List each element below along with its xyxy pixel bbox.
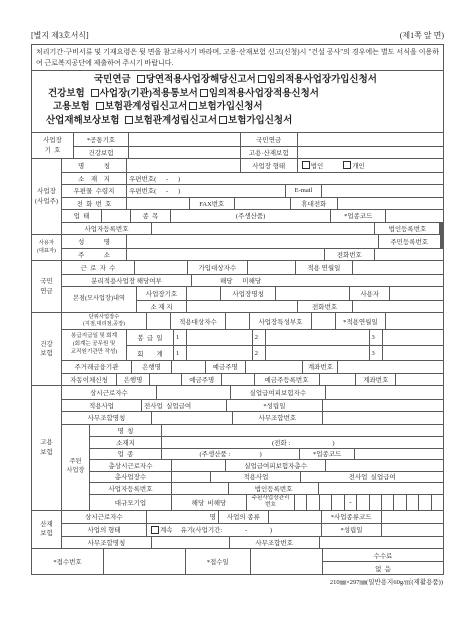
hi-autopay-bank-label: 은행명 bbox=[117, 374, 150, 386]
form-body: 국민연금당연적용사업장해당신고서임의적용사업장가입신청서 건강보험사업장(기관)… bbox=[31, 70, 444, 575]
hi-pay-n1: 1 bbox=[174, 330, 187, 345]
ia-continuous-label: 계속 bbox=[160, 525, 173, 534]
phone-field bbox=[127, 198, 190, 210]
title-option: 보험가입신청서 bbox=[228, 116, 292, 126]
hi-autopay-acct-label: 계좌번호 bbox=[356, 374, 396, 386]
hi-account-field2 bbox=[266, 346, 370, 360]
ei-total-workers-field bbox=[172, 460, 226, 471]
owner-address-field bbox=[127, 249, 325, 261]
workplace-name-field bbox=[127, 159, 241, 172]
hi-bank-name-label: 은행명 bbox=[132, 361, 172, 373]
checkbox-np-option1-icon[interactable] bbox=[137, 75, 145, 83]
hi-units-field bbox=[147, 313, 171, 329]
rrn-label: 주민등록번호 bbox=[379, 235, 441, 248]
digit-box bbox=[393, 495, 405, 510]
hi-code-field bbox=[129, 147, 241, 159]
hi-apply-date-field bbox=[386, 313, 443, 329]
corp-reg-digit-boxes bbox=[440, 223, 443, 235]
ei-total-wp-label: 총사업장수 bbox=[90, 472, 172, 483]
industry-code-label: *업종코드 bbox=[331, 210, 386, 222]
ei-apply-biz2-label: 적용사업 bbox=[211, 472, 301, 483]
ei-total-wp-field bbox=[172, 472, 211, 483]
np-hq-name-field bbox=[276, 287, 350, 300]
section-workplace-code: 사업장 기 호 *공통기호 국민연금 건강보험 고용·산재보험 bbox=[32, 132, 443, 158]
corp-reg-no-label: 법인등록번호 bbox=[375, 223, 440, 235]
ei-assoc-no-field bbox=[323, 412, 443, 424]
ei-large-corp-label: 대규모기업 bbox=[90, 495, 172, 510]
ia-workers-unit: 명 bbox=[147, 511, 219, 524]
hi-pay-field1 bbox=[187, 330, 253, 345]
ia-biz-kind-field bbox=[269, 511, 322, 524]
ei-establish-label: *성립일 bbox=[227, 400, 323, 412]
title-option: 당연적용사업장해당신고서 bbox=[146, 75, 256, 85]
hi-char-code-label: 사업장특성부호 bbox=[250, 313, 312, 329]
hi-holder-reg-field bbox=[320, 374, 357, 386]
biz-reg-no-field bbox=[152, 223, 375, 235]
receipt-date-label: *접수일 bbox=[186, 549, 251, 574]
section-industrial-accident: 산재 보험 상시근로자수 명 사업의 종류 *사업종류코드 사업의 형태 계속 … bbox=[32, 510, 443, 549]
fee-label: 수수료 bbox=[323, 549, 443, 561]
hi-account-field1 bbox=[187, 346, 253, 360]
title-line-industrial-accident: 산업재해보상보험보험관계성립신고서보험가입신청서 bbox=[32, 115, 443, 129]
title-option: 임의적용사업장적용신청서 bbox=[209, 89, 319, 99]
checkbox-corporate-icon[interactable] bbox=[302, 161, 310, 169]
agency-label: 건강보험 bbox=[48, 89, 85, 99]
title-line-health-insurance: 건강보험사업장(기관)적용통보서임의적용사업장적용신청서 bbox=[32, 88, 443, 102]
ei-establish-field bbox=[323, 400, 443, 412]
receipt-date-field bbox=[251, 549, 323, 574]
digit-box bbox=[331, 495, 343, 510]
ia-assoc-no-label: 사무조합번호 bbox=[230, 537, 320, 549]
ei-biz-reg-field bbox=[172, 483, 229, 494]
title-line-national-pension: 국민연금당연적용사업장해당신고서임의적용사업장가입신청서 bbox=[32, 74, 443, 88]
ia-biz-kind-label: 사업의 종류 bbox=[219, 511, 269, 524]
fax-field bbox=[235, 198, 291, 210]
receipt-row: *접수번호 *접수일 수수료 없 음 bbox=[32, 548, 443, 574]
paper-size-note: 210㎜×297㎜(일반용지60g/㎡(재활용품)) bbox=[31, 577, 444, 586]
checkbox-hi-option2-icon[interactable] bbox=[200, 89, 208, 97]
checkbox-ia-option2-icon[interactable] bbox=[219, 116, 227, 124]
email-label: E-mail bbox=[286, 185, 322, 197]
checkbox-ei-option2-icon[interactable] bbox=[189, 102, 197, 110]
np-hq-user-field bbox=[390, 287, 443, 300]
ia-assoc-name-field bbox=[152, 537, 230, 549]
hi-pay-field2 bbox=[266, 330, 370, 345]
digit-box bbox=[295, 495, 306, 510]
title-option: 보험관계성립신고서 bbox=[134, 116, 217, 126]
fax-label: FAX번호 bbox=[190, 198, 235, 210]
np-headquarters-group: 본점(모사업장)내역 사업장기호 사업장명칭 사용자 소 재 지 bbox=[62, 286, 443, 312]
email-field bbox=[322, 185, 443, 197]
hi-account-no-label: 계좌번호 bbox=[303, 361, 338, 373]
hi-pay-field3 bbox=[383, 330, 443, 345]
title-option: 보험가입신청서 bbox=[198, 102, 262, 112]
agency-label: 산업재해보상보험 bbox=[46, 116, 119, 126]
np-code-label: 국민연금 bbox=[241, 133, 298, 146]
digit-hyphen: - bbox=[344, 495, 356, 510]
digit-box bbox=[406, 495, 418, 510]
checkbox-hi-option1-icon[interactable] bbox=[91, 89, 99, 97]
phone-label: 전 화 번 호 bbox=[62, 198, 127, 210]
ei-main-address-field: (전화 : ) bbox=[162, 437, 443, 448]
ei-assoc-no-label: 사무조합번호 bbox=[233, 412, 323, 424]
np-separate-label: 분리적용사업장 해당여부 bbox=[62, 275, 192, 287]
main-product-label: (주생산품) bbox=[171, 210, 331, 222]
checkbox-ei-option1-icon[interactable] bbox=[96, 102, 104, 110]
hi-account-field3 bbox=[383, 346, 443, 360]
np-workers-field bbox=[135, 261, 188, 274]
biz-item-label: 종 목 bbox=[131, 210, 171, 222]
ei-total-insured-label: 실업급여피보험자총수 bbox=[226, 460, 326, 471]
ei-total-workers-label: 총상시근로자수 bbox=[90, 460, 172, 471]
ei-main-industry-label: 업 종 bbox=[90, 449, 162, 460]
page-side-marker: (제1쪽 앞 면) bbox=[400, 30, 444, 41]
checkbox-np-option2-icon[interactable] bbox=[258, 75, 266, 83]
section-label: 사업장 기 호 bbox=[32, 133, 74, 158]
section-label: 국민 연금 bbox=[32, 261, 62, 312]
ei-apply-biz-value: 전사업 실업급여 bbox=[142, 400, 227, 412]
workplace-address-field: 우편번호( - ) bbox=[127, 173, 443, 185]
ei-ia-code-label: 고용·산재보험 bbox=[241, 147, 298, 159]
title-option: 임의적용사업장가입신청서 bbox=[267, 75, 377, 85]
np-hq-phone-label: 전화번호 bbox=[298, 301, 353, 313]
np-hq-name-label: 사업장명칭 bbox=[221, 287, 276, 300]
hi-holder-label: 예금주명 bbox=[206, 361, 246, 373]
hi-account-n1: 1 bbox=[174, 346, 187, 360]
ia-kind-code-field bbox=[382, 511, 443, 524]
ei-main-ind-code-field bbox=[355, 449, 443, 460]
ei-workers-label: 상시근로자수 bbox=[62, 386, 157, 399]
notice-box: 처리기간·구비서류 및 기재요령은 뒷 면을 참고하시기 바라며, 고용·산재보… bbox=[31, 44, 444, 71]
biz-condition-field bbox=[102, 210, 131, 222]
hi-account-no-field bbox=[338, 361, 443, 373]
ei-apply-biz2-value: 전사업 실업급여 bbox=[301, 472, 443, 483]
biz-reg-no-label: 사업자등록번호 bbox=[62, 223, 152, 235]
fee-cell: 수수료 없 음 bbox=[323, 549, 443, 574]
receipt-no-label: *접수번호 bbox=[32, 549, 104, 574]
page-header: [별지 제3호서식] (제1쪽 앞 면) bbox=[31, 30, 444, 41]
ei-apply-biz-label: 적용사업 bbox=[62, 400, 142, 412]
ei-assoc-name-field bbox=[152, 412, 233, 424]
ia-biz-form-label: 사업의 형태 bbox=[62, 524, 147, 536]
industry-code-field bbox=[386, 210, 443, 222]
ei-mgmt-digit-boxes: - bbox=[295, 495, 443, 510]
ei-main-name-label: 명 칭 bbox=[90, 425, 162, 437]
hi-autopay-holder-label: 예금주명 bbox=[182, 374, 222, 386]
digit-box bbox=[319, 495, 331, 510]
hi-eligible-label: 적용대상자수 bbox=[171, 313, 226, 329]
mobile-label: 휴대전화 bbox=[291, 198, 338, 210]
hi-pay-n2: 2 bbox=[253, 330, 266, 345]
mail-address-field: 우편번호( - ) bbox=[127, 185, 286, 197]
ei-ia-code-field bbox=[298, 147, 443, 159]
ia-biz-form-options: 계속 유기(사업기간: - ) bbox=[147, 524, 322, 536]
common-code-label: *공통기호 bbox=[74, 133, 129, 146]
ia-establish-field bbox=[382, 524, 443, 536]
ia-establish-label: *성립일 bbox=[322, 524, 382, 536]
owner-phone-field bbox=[375, 249, 443, 261]
biz-condition-label: 업 태 bbox=[62, 210, 102, 222]
ei-biz-reg-label: 사업자등록번호 bbox=[90, 483, 172, 494]
hi-pay-day-label: 봉 급 일 bbox=[127, 330, 174, 345]
checkbox-individual-icon[interactable] bbox=[343, 161, 351, 169]
owner-address-label: 주 소 bbox=[62, 249, 127, 261]
hi-units-label: 단위사업장수 (지점,대리점,공장) bbox=[62, 313, 147, 329]
ei-main-product-label: (주생산품 : ) bbox=[162, 449, 300, 460]
hi-eligible-field bbox=[226, 313, 250, 329]
np-hq-code-field bbox=[187, 287, 221, 300]
section-label: 고용 보험 bbox=[32, 386, 62, 510]
owner-name-label: 성 명 bbox=[62, 235, 127, 248]
hi-pay-group: 봉급지급일 및 회계 (회계는 공무원 및 교직원기관만 작성) 봉 급 일 1… bbox=[62, 329, 443, 360]
section-label: 건강 보험 bbox=[32, 313, 62, 385]
receipt-no-field bbox=[104, 549, 186, 574]
hi-account-label: 회 계 bbox=[127, 346, 174, 360]
ei-workers-field bbox=[157, 386, 231, 399]
np-hq-address-field bbox=[187, 301, 298, 313]
form-title-block: 국민연금당연적용사업장해당신고서임의적용사업장가입신청서 건강보험사업장(기관)… bbox=[32, 71, 443, 132]
ei-assoc-name-label: 사무조합명칭 bbox=[62, 412, 152, 424]
np-hq-address-label: 소 재 지 bbox=[137, 301, 187, 313]
section-national-pension: 국민 연금 근 로 자 수 가입대상자수 적용 연월일 분리적용사업장 해당여부… bbox=[32, 260, 443, 312]
ei-insured-label: 실업급여피보험자수 bbox=[231, 386, 326, 399]
owner-phone-label: 전화번호 bbox=[325, 249, 375, 261]
digit-box bbox=[306, 495, 318, 510]
section-owner: 사용자 (대표자) 성 명 주민등록번호 - 주 소 전화번호 bbox=[32, 234, 443, 260]
np-hq-code-label: 사업장기호 bbox=[137, 287, 187, 300]
np-eligible-field bbox=[248, 261, 296, 274]
hi-autopay-bank-field bbox=[150, 374, 182, 386]
workplace-type-options: 법인 개인 bbox=[298, 159, 443, 172]
ia-assoc-no-field bbox=[320, 537, 443, 549]
digit-box bbox=[431, 495, 443, 510]
ei-total-insured-field bbox=[326, 460, 443, 471]
section-label: 사업장 (사업주) bbox=[32, 159, 62, 234]
hi-account-n3: 3 bbox=[370, 346, 383, 360]
hi-code-label: 건강보험 bbox=[74, 147, 129, 159]
checkbox-continuous-icon[interactable] bbox=[151, 526, 159, 534]
section-label: 사용자 (대표자) bbox=[32, 235, 62, 260]
hi-apply-date-label: *적용연월일 bbox=[336, 313, 386, 329]
hi-bank-name-field bbox=[172, 361, 206, 373]
type-individual-label: 개인 bbox=[352, 161, 365, 170]
np-code-field bbox=[298, 133, 443, 146]
workplace-name-label: 명 칭 bbox=[62, 159, 127, 172]
mobile-field bbox=[338, 198, 443, 210]
np-eligible-label: 가입대상자수 bbox=[188, 261, 248, 274]
ei-mgmt-no-label: 주된사업장관리번호 bbox=[247, 495, 295, 510]
title-option: 사업장(기관)적용통보서 bbox=[100, 89, 198, 99]
common-code-field bbox=[129, 133, 241, 146]
hi-char-code-field bbox=[312, 313, 336, 329]
hi-autopay-holder-field bbox=[222, 374, 254, 386]
workplace-type-label: 사업장 형태 bbox=[241, 159, 298, 172]
hi-bank-label: 주거래금융기관 bbox=[62, 361, 132, 373]
np-hq-phone-field bbox=[353, 301, 443, 313]
ei-corp-reg-field bbox=[319, 483, 443, 494]
section-label: 산재 보험 bbox=[32, 511, 62, 549]
hi-holder-field bbox=[246, 361, 304, 373]
section-employment-insurance: 고용 보험 상시근로자수 실업급여피보험자수 적용사업 전사업 실업급여 *성립… bbox=[32, 385, 443, 510]
section-health-insurance: 건강 보험 단위사업장수 (지점,대리점,공장) 적용대상자수 사업장특성부호 … bbox=[32, 312, 443, 385]
np-apply-date-label: 적용 연월일 bbox=[296, 261, 353, 274]
ia-kind-code-label: *사업종류코드 bbox=[322, 511, 382, 524]
title-line-employment-insurance: 고용보험보험관계성립신고서보험가입신청서 bbox=[32, 101, 443, 115]
ei-corp-reg-label: 법인등록번호 bbox=[229, 483, 319, 494]
ei-large-corp-options: 해당 비해당 bbox=[172, 495, 247, 510]
digit-box bbox=[369, 495, 381, 510]
ei-main-label: 주된 사업장 bbox=[62, 425, 90, 510]
form-code: [별지 제3호서식] bbox=[31, 30, 89, 41]
np-apply-date-field bbox=[353, 261, 443, 274]
np-separate-options: 해당 미해당 bbox=[192, 275, 443, 287]
ei-main-name-field bbox=[162, 425, 443, 437]
digit-box bbox=[418, 495, 430, 510]
ia-workers-label: 상시근로자수 bbox=[62, 511, 147, 524]
np-hq-label: 본점(모사업장)내역 bbox=[62, 287, 137, 312]
hi-autopay-label: 자동이체신청 bbox=[62, 374, 117, 386]
document-page: [별지 제3호서식] (제1쪽 앞 면) 처리기간·구비서류 및 기재요령은 뒷… bbox=[0, 0, 450, 586]
digit-box bbox=[356, 495, 368, 510]
workplace-address-label: 소 재 지 bbox=[62, 173, 127, 185]
owner-name-field bbox=[127, 235, 379, 248]
type-corporate-label: 법인 bbox=[311, 161, 324, 170]
checkbox-ia-option1-icon[interactable] bbox=[125, 116, 133, 124]
hi-pay-n3: 3 bbox=[370, 330, 383, 345]
mail-address-label: 우편물 수령지 bbox=[62, 185, 127, 197]
np-hq-user-label: 사용자 bbox=[350, 287, 390, 300]
agency-label: 국민연금 bbox=[94, 75, 131, 85]
agency-label: 고용보험 bbox=[53, 102, 90, 112]
ia-fixed-label: 유기(사업기간: - ) bbox=[181, 525, 272, 534]
ei-insured-field bbox=[326, 386, 443, 399]
section-workplace: 사업장 (사업주) 명 칭 사업장 형태 법인 개인 소 재 지 bbox=[32, 158, 443, 234]
ia-assoc-name-label: 사무조합명칭 bbox=[62, 537, 152, 549]
hi-account-n2: 2 bbox=[253, 346, 266, 360]
ei-main-workplace-group: 주된 사업장 명 칭 소재지 (전화 : ) 업 종 bbox=[62, 424, 443, 510]
fee-value: 없 음 bbox=[323, 561, 443, 574]
ei-main-address-label: 소재지 bbox=[90, 437, 162, 448]
rrn-digit-boxes: - bbox=[441, 235, 443, 248]
title-option: 보험관계성립신고서 bbox=[105, 102, 188, 112]
ei-main-ind-code-label: *업종코드 bbox=[300, 449, 355, 460]
hi-pay-group-label: 봉급지급일 및 회계 (회계는 공무원 및 교직원기관만 작성) bbox=[62, 330, 127, 360]
digit-box bbox=[381, 495, 393, 510]
hi-holder-reg-label: 예금주등록번호 bbox=[255, 374, 320, 386]
np-workers-label: 근 로 자 수 bbox=[62, 261, 135, 274]
hi-autopay-acct-field bbox=[396, 374, 443, 386]
